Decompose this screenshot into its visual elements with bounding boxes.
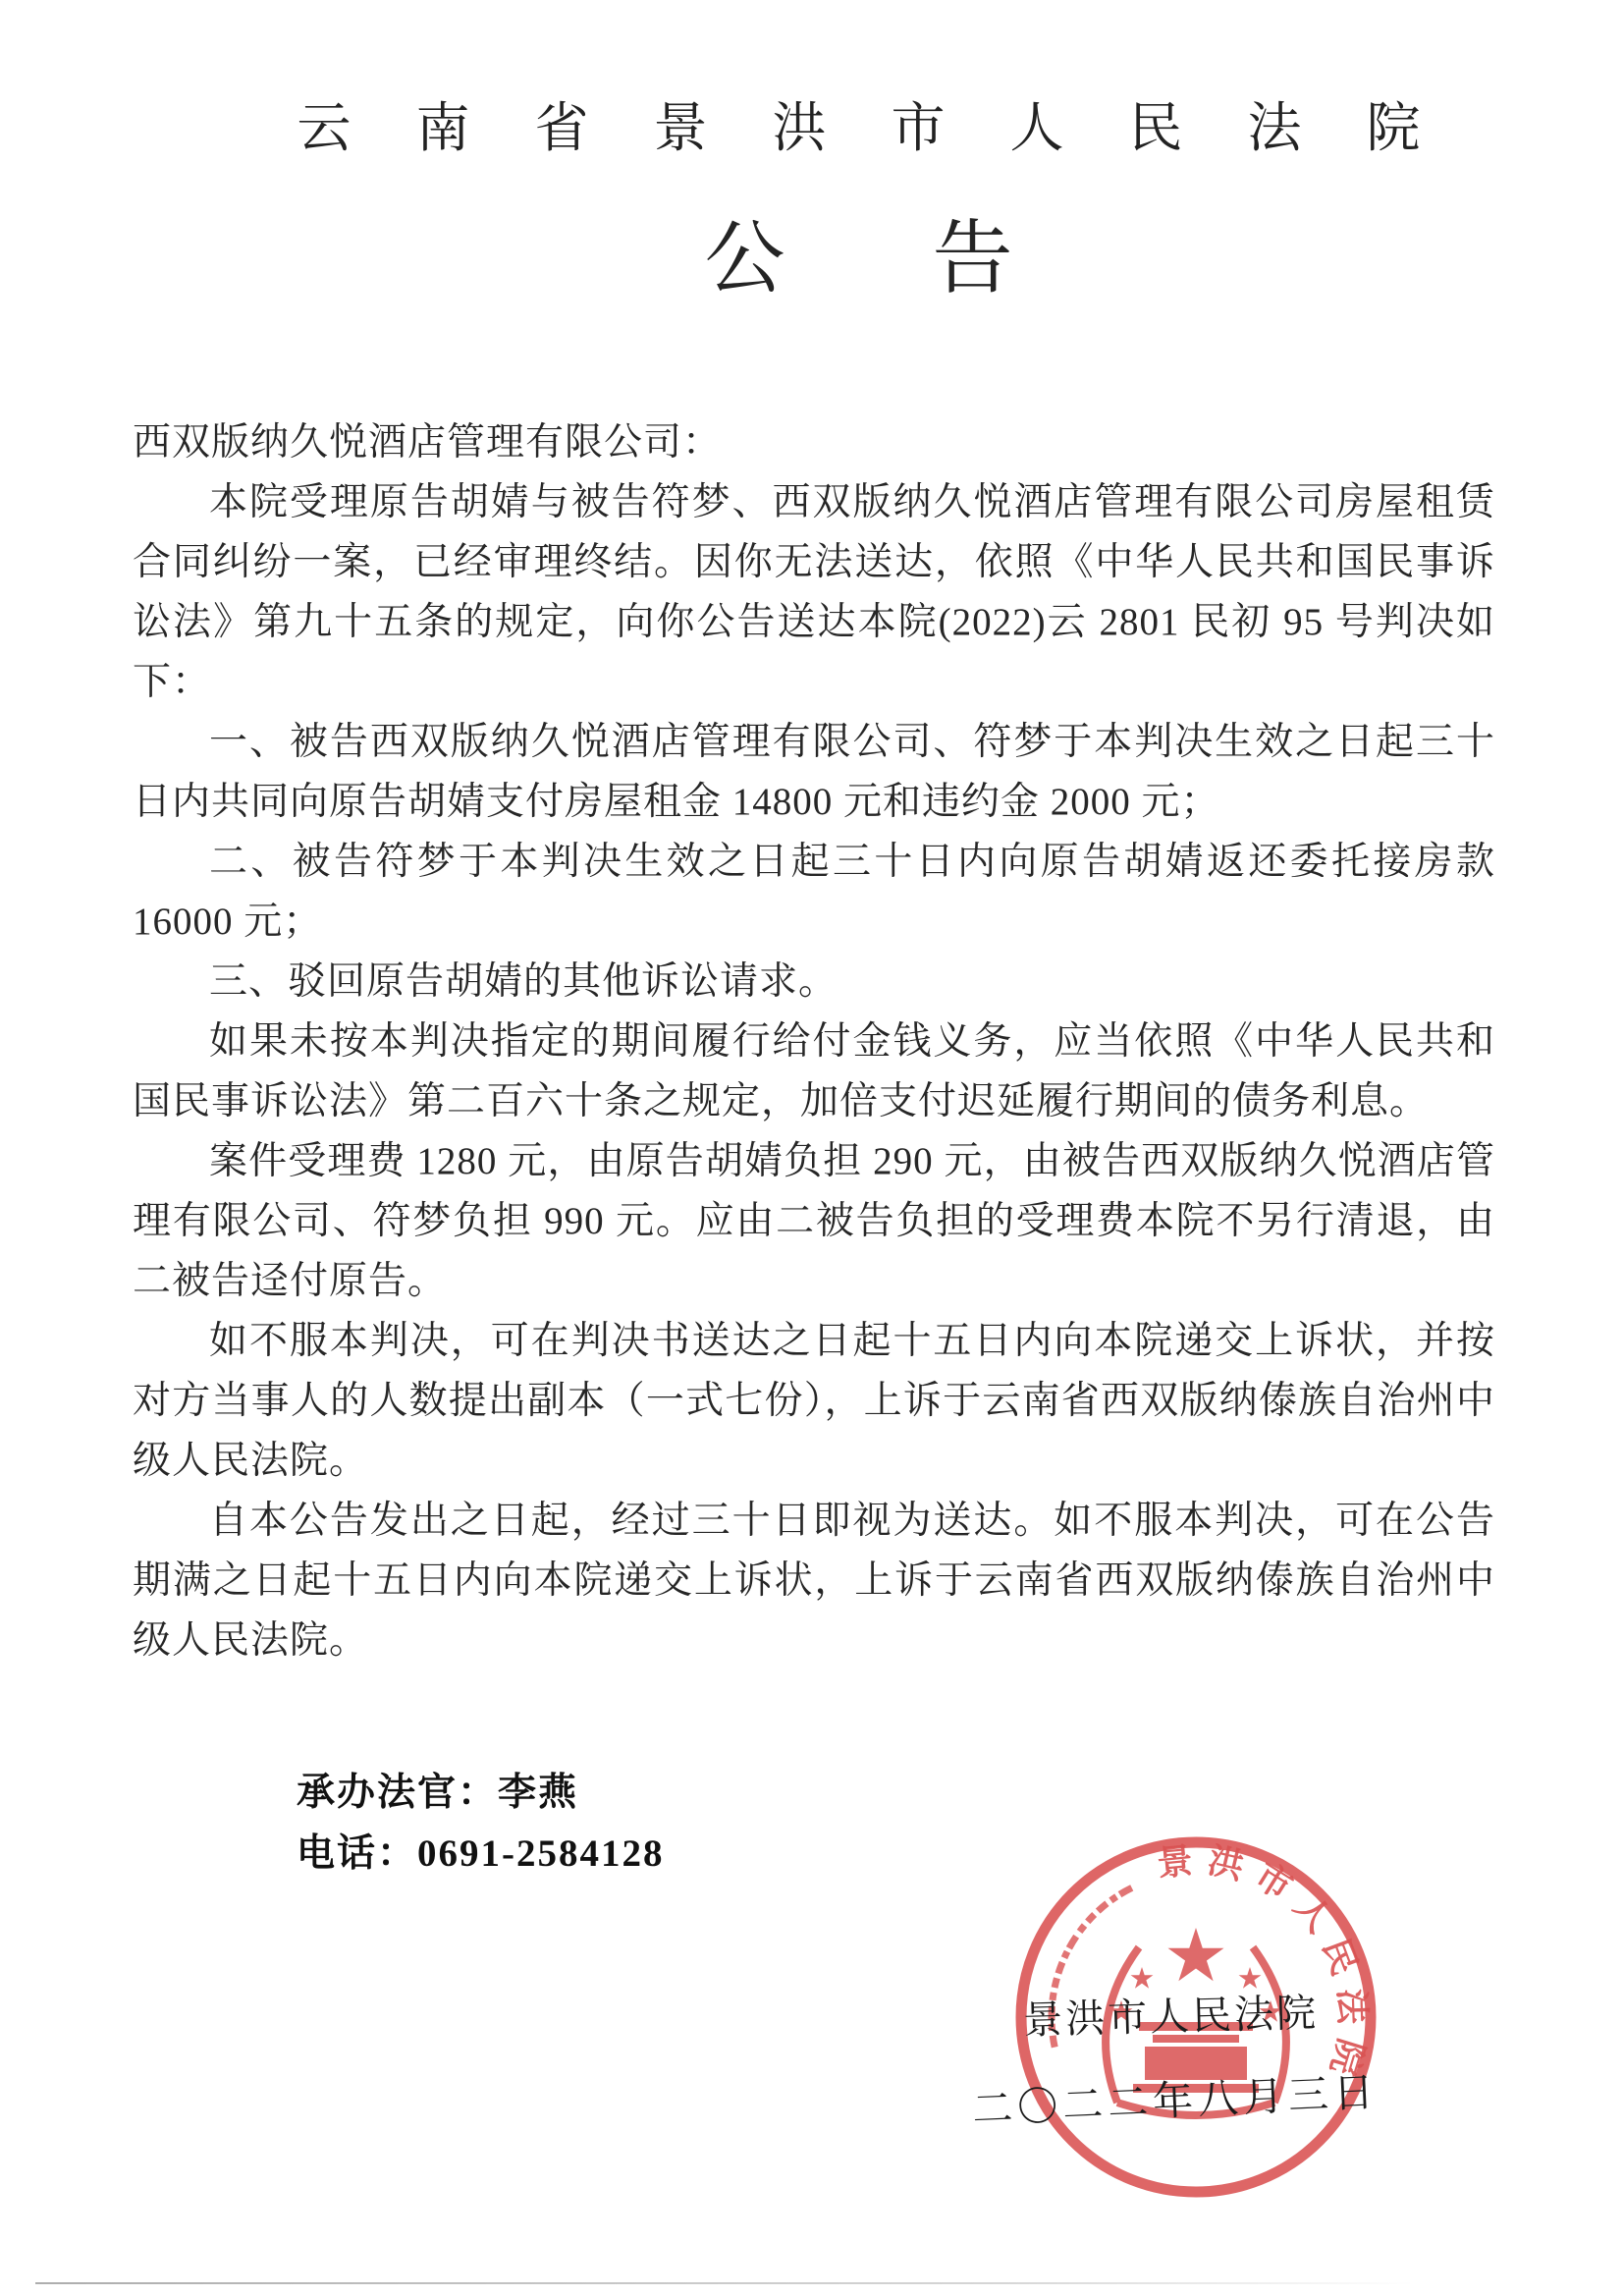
phone-line: 电话：0691-2584128 [297, 1824, 665, 1885]
notice-body: 西双版纳久悦酒店管理有限公司： 本院受理原告胡婧与被告符梦、西双版纳久悦酒店管理… [133, 412, 1495, 1670]
body-paragraph: 如果未按本判决指定的期间履行给付金钱义务，应当依照《中华人民共和国民事诉讼法》第… [133, 1011, 1495, 1131]
body-paragraph: 三、驳回原告胡婧的其他诉讼请求。 [133, 952, 1495, 1011]
seal-overlay-court-name: 景洪市人民法院 [1022, 1982, 1319, 2046]
addressee-line: 西双版纳久悦酒店管理有限公司： [133, 412, 1495, 472]
court-title: 云南省景洪市人民法院 [47, 84, 1623, 162]
judge-line: 承办法官：李燕 [297, 1763, 665, 1824]
body-paragraph: 本院受理原告胡婧与被告符梦、西双版纳久悦酒店管理有限公司房屋租赁合同纠纷一案，已… [133, 472, 1495, 712]
body-paragraph: 如不服本判决，可在判决书送达之日起十五日内向本院递交上诉状，并按对方当事人的人数… [133, 1311, 1495, 1491]
notice-title: 公告 [47, 194, 1623, 309]
document-page: 云南省景洪市人民法院 公告 西双版纳久悦酒店管理有限公司： 本院受理原告胡婧与被… [0, 0, 1623, 2296]
body-paragraph: 一、被告西双版纳久悦酒店管理有限公司、符梦于本判决生效之日起三十日内共同向原告胡… [133, 712, 1495, 832]
signature-block: 承办法官：李燕 电话：0691-2584128 [297, 1763, 665, 1885]
body-paragraph: 自本公告发出之日起，经过三十日即视为送达。如不服本判决，可在公告期满之日起十五日… [133, 1491, 1495, 1670]
scan-artifact-line [35, 2282, 1414, 2284]
body-paragraph: 二、被告符梦于本判决生效之日起三十日内向原告胡婧返还委托接房款 16000 元； [133, 832, 1495, 952]
body-paragraph: 案件受理费 1280 元，由原告胡婧负担 290 元，由被告西双版纳久悦酒店管理… [133, 1131, 1495, 1311]
